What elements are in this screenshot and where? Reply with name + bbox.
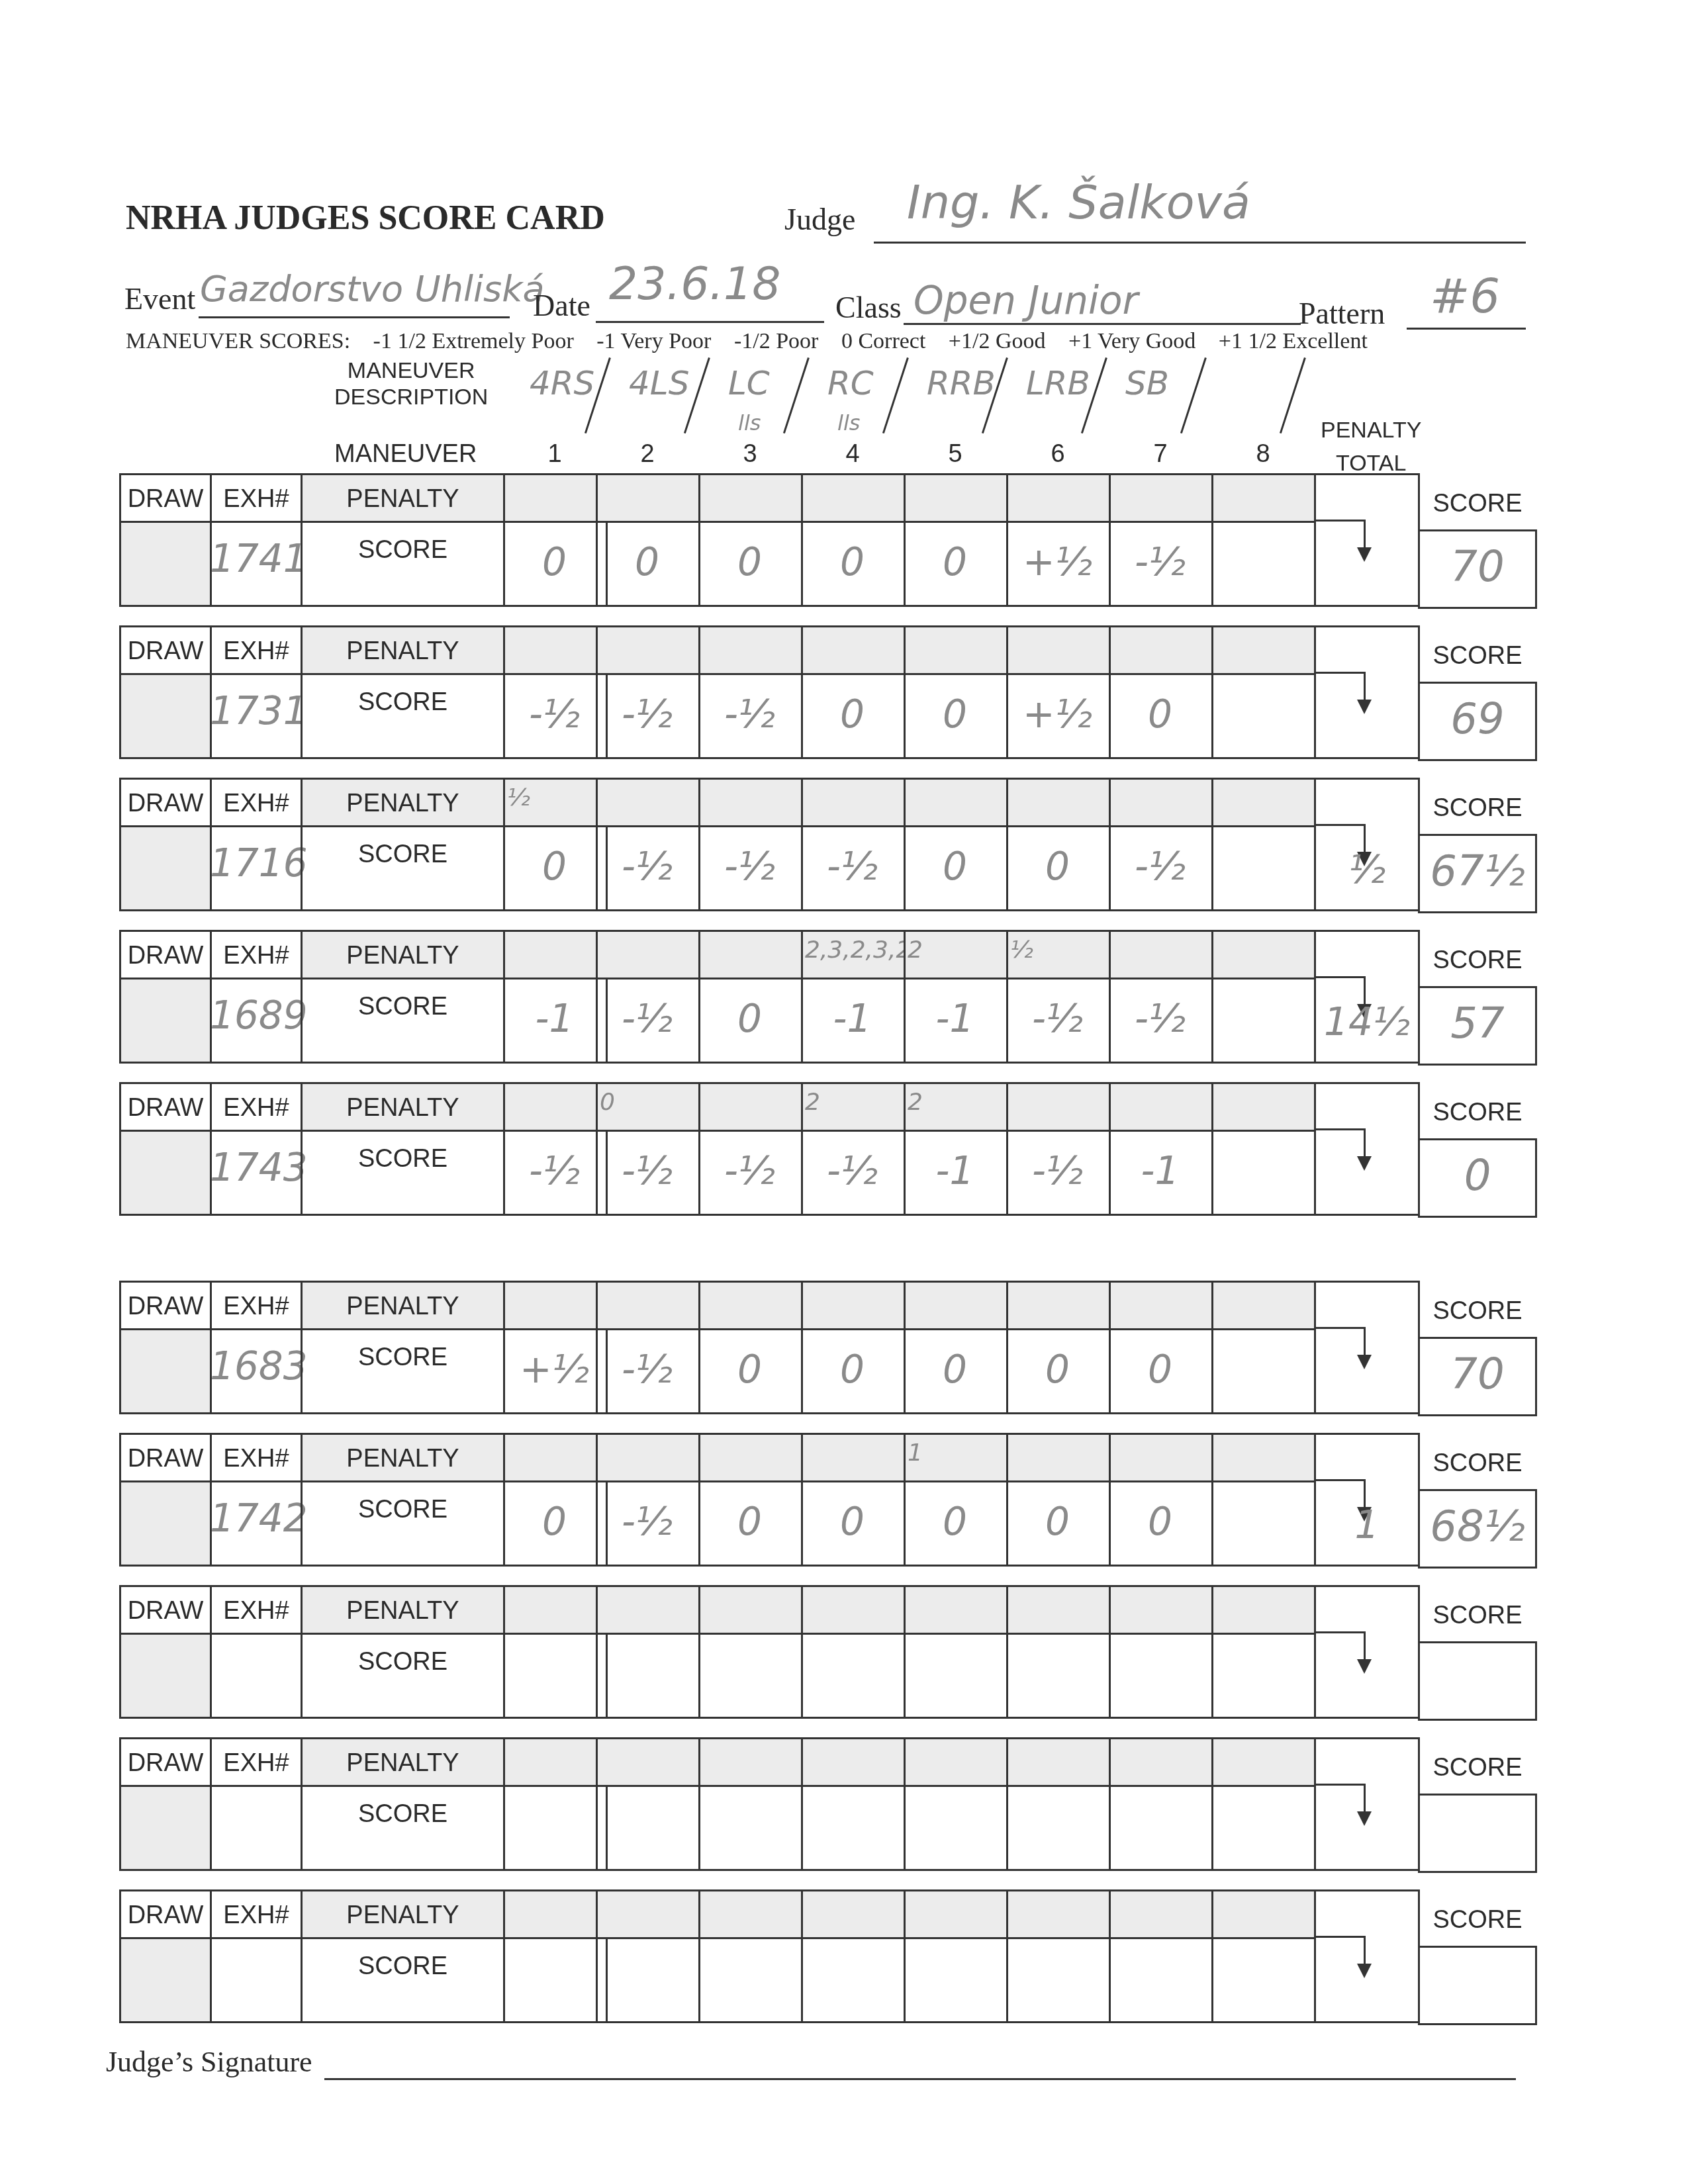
- maneuver-score-value: +½: [1006, 539, 1109, 584]
- penalty-cell-3[interactable]: [698, 1082, 803, 1132]
- legend-item: 0 Correct: [841, 329, 925, 353]
- penalty-cell-1[interactable]: [503, 473, 608, 523]
- legend-item: +1 Very Good: [1068, 329, 1196, 353]
- arrow-line: [1364, 1631, 1366, 1661]
- penalty-label: PENALTY: [301, 1293, 505, 1321]
- maneuver-score-value: -½: [801, 1148, 904, 1193]
- penalty-cell-6[interactable]: [1006, 1433, 1111, 1482]
- exh-number[interactable]: 1716: [210, 841, 303, 886]
- maneuver-score-value: 0: [904, 539, 1006, 584]
- penalty-cell-7[interactable]: [1109, 1585, 1213, 1635]
- final-score-label: SCORE: [1418, 794, 1537, 823]
- penalty-cell-6[interactable]: [1006, 625, 1111, 675]
- arrow-line: [1314, 824, 1364, 826]
- penalty-label: PENALTY: [301, 485, 505, 514]
- judge-signature-label: Judge’s Signature: [106, 2045, 312, 2079]
- penalty-total-value: ½: [1314, 847, 1420, 892]
- pattern-field[interactable]: #6: [1430, 268, 1500, 324]
- penalty-label: PENALTY: [301, 1901, 505, 1930]
- score-cell-6[interactable]: [1006, 1785, 1111, 1871]
- maneuver-number-6: 6: [1051, 440, 1065, 469]
- separator-slash: [783, 357, 810, 433]
- class-field[interactable]: Open Junior: [914, 278, 1138, 323]
- exh-label: EXH#: [210, 637, 303, 666]
- class-field-line: [904, 323, 1301, 325]
- penalty-cell-3[interactable]: [698, 1281, 803, 1330]
- exh-number[interactable]: 1743: [210, 1145, 303, 1190]
- penalty-cell-1[interactable]: [503, 1737, 608, 1787]
- score-label: SCORE: [301, 1145, 505, 1173]
- draw-field[interactable]: [119, 1633, 212, 1719]
- score-cell-2[interactable]: [596, 1785, 700, 1871]
- maneuver-score-value: -½: [596, 1499, 698, 1544]
- score-card-entry: DRAWEXH#1743PENALTYSCORE-½0-½-½2-½2-1-½-…: [119, 1082, 1516, 1221]
- maneuver-score-value: 0: [904, 844, 1006, 889]
- score-cell-8[interactable]: [1211, 825, 1316, 911]
- penalty-label: PENALTY: [301, 1749, 505, 1778]
- score-cell-3[interactable]: [698, 1785, 803, 1871]
- penalty-cell-6[interactable]: [1006, 1737, 1111, 1787]
- final-score-label: SCORE: [1418, 1099, 1537, 1127]
- score-label: SCORE: [301, 1496, 505, 1524]
- penalty-cell-4[interactable]: [801, 1281, 906, 1330]
- down-arrow-icon: [1357, 1659, 1372, 1674]
- penalty-cell-3[interactable]: [698, 625, 803, 675]
- label-line: MANEUVER: [334, 357, 488, 384]
- penalty-label: PENALTY: [301, 942, 505, 970]
- exh-label: EXH#: [210, 942, 303, 970]
- score-cell-7[interactable]: [1109, 1633, 1213, 1719]
- penalty-cell-5[interactable]: [904, 473, 1008, 523]
- score-label: SCORE: [301, 841, 505, 869]
- penalty-value: 2: [908, 936, 923, 964]
- maneuver-score-value: 0: [904, 1499, 1006, 1544]
- judge-signature-field[interactable]: [324, 2078, 1516, 2080]
- final-score-label: SCORE: [1418, 1449, 1537, 1478]
- judge-field-line: [874, 242, 1526, 244]
- maneuver-score-value: 0: [904, 692, 1006, 737]
- legend-item: -1 1/2 Extremely Poor: [373, 329, 574, 353]
- exh-number[interactable]: 1689: [210, 993, 303, 1038]
- maneuver-score-value: -½: [503, 1148, 606, 1193]
- maneuver-score-value: -1: [801, 996, 904, 1041]
- final-score-field[interactable]: [1418, 1641, 1537, 1721]
- penalty-cell-8[interactable]: [1211, 1585, 1316, 1635]
- maneuver-score-value: -½: [1109, 996, 1211, 1041]
- arrow-line: [1314, 1936, 1364, 1938]
- penalty-label: PENALTY: [301, 1094, 505, 1122]
- penalty-cell-7[interactable]: [1109, 625, 1213, 675]
- penalty-cell-1[interactable]: [503, 1585, 608, 1635]
- exh-number[interactable]: 1742: [210, 1496, 303, 1541]
- score-cell-1[interactable]: [503, 1937, 608, 2023]
- maneuver-score-value: -1: [904, 1148, 1006, 1193]
- penalty-total-field[interactable]: [1314, 1281, 1420, 1414]
- maneuver-score-value: -½: [1109, 844, 1211, 889]
- penalty-cell-5[interactable]: [904, 778, 1008, 827]
- penalty-value: 2: [805, 1089, 820, 1116]
- maneuver-description-item[interactable]: LRB: [1026, 364, 1090, 402]
- separator-slash: [1180, 357, 1207, 433]
- draw-field[interactable]: [119, 1130, 212, 1216]
- penalty-cell-5[interactable]: [904, 1585, 1008, 1635]
- penalty-label: PENALTY: [301, 1445, 505, 1473]
- penalty-value: ½: [1010, 936, 1033, 964]
- score-cell-1[interactable]: [503, 1633, 608, 1719]
- penalty-cell-8[interactable]: [1211, 930, 1316, 979]
- penalty-total-field[interactable]: [1314, 1737, 1420, 1871]
- penalty-cell-7[interactable]: [1109, 1737, 1213, 1787]
- final-score-label: SCORE: [1418, 1754, 1537, 1782]
- penalty-label: PENALTY: [301, 1597, 505, 1625]
- draw-field[interactable]: [119, 1480, 212, 1567]
- score-label: SCORE: [301, 536, 505, 565]
- maneuver-description-item[interactable]: RRB: [927, 364, 996, 402]
- penalty-cell-7[interactable]: [1109, 1281, 1213, 1330]
- penalty-total-field[interactable]: [1314, 625, 1420, 759]
- score-cell-4[interactable]: [801, 1633, 906, 1719]
- score-cell-4[interactable]: [801, 1785, 906, 1871]
- class-label: Class: [835, 290, 902, 325]
- maneuver-description-sub: lls: [837, 410, 860, 435]
- arrow-line: [1314, 1631, 1364, 1633]
- score-cell-5[interactable]: [904, 1633, 1008, 1719]
- penalty-cell-4[interactable]: [801, 778, 906, 827]
- maneuver-score-value: -½: [596, 996, 698, 1041]
- penalty-value: ½: [507, 784, 530, 811]
- penalty-cell-5[interactable]: [904, 1889, 1008, 1939]
- penalty-cell-6[interactable]: [1006, 1281, 1111, 1330]
- penalty-cell-3[interactable]: [698, 1433, 803, 1482]
- penalty-cell-7[interactable]: [1109, 778, 1213, 827]
- maneuver-score-value: 0: [596, 539, 698, 584]
- penalty-cell-7[interactable]: [1109, 1082, 1213, 1132]
- penalty-cell-8[interactable]: [1211, 1889, 1316, 1939]
- draw-field[interactable]: [119, 825, 212, 911]
- penalty-cell-4[interactable]: [801, 473, 906, 523]
- maneuver-number-3: 3: [743, 440, 757, 469]
- maneuver-number-8: 8: [1256, 440, 1270, 469]
- down-arrow-icon: [1357, 1355, 1372, 1369]
- label-line: DESCRIPTION: [334, 384, 488, 410]
- penalty-cell-8[interactable]: [1211, 1082, 1316, 1132]
- exh-label: EXH#: [210, 1749, 303, 1778]
- exh-label: EXH#: [210, 1597, 303, 1625]
- arrow-line: [1314, 1128, 1364, 1130]
- draw-field[interactable]: [119, 978, 212, 1064]
- maneuver-number-7: 7: [1154, 440, 1168, 469]
- score-label: SCORE: [301, 688, 505, 717]
- maneuver-description-item[interactable]: 4RS: [530, 364, 594, 402]
- score-cell-3[interactable]: [698, 1937, 803, 2023]
- score-cell-7[interactable]: [1109, 1785, 1213, 1871]
- maneuver-score-value: 0: [503, 844, 606, 889]
- final-score-value: 68½: [1418, 1502, 1537, 1551]
- score-label: SCORE: [301, 993, 505, 1021]
- draw-field[interactable]: [119, 1328, 212, 1414]
- exh-number[interactable]: 1731: [210, 688, 303, 733]
- maneuver-score-value: -½: [596, 844, 698, 889]
- draw-label: DRAW: [119, 1749, 212, 1778]
- score-label: SCORE: [301, 1343, 505, 1372]
- legend-item: +1/2 Good: [949, 329, 1046, 353]
- final-score-value: 57: [1418, 999, 1537, 1048]
- date-label: Date: [533, 288, 590, 323]
- arrow-line: [1314, 1784, 1364, 1786]
- arrow-line: [1364, 1784, 1366, 1813]
- draw-label: DRAW: [119, 1597, 212, 1625]
- penalty-cell-1[interactable]: [503, 1082, 608, 1132]
- maneuver-score-value: -1: [1109, 1148, 1211, 1193]
- penalty-cell-2[interactable]: [596, 473, 700, 523]
- pattern-label: Pattern: [1299, 296, 1385, 331]
- score-cell-8[interactable]: [1211, 978, 1316, 1064]
- maneuver-score-value: -½: [1006, 996, 1109, 1041]
- penalty-value: 0: [600, 1089, 615, 1116]
- penalty-cell-2[interactable]: [596, 625, 700, 675]
- exh-number[interactable]: 1741: [210, 536, 303, 581]
- maneuver-number-2: 2: [641, 440, 655, 469]
- maneuver-score-value: 0: [1109, 692, 1211, 737]
- final-score-label: SCORE: [1418, 1297, 1537, 1326]
- score-cell-2[interactable]: [596, 1633, 700, 1719]
- score-cell-2[interactable]: [596, 1937, 700, 2023]
- score-cell-5[interactable]: [904, 1937, 1008, 2023]
- maneuver-score-value: 0: [698, 1499, 801, 1544]
- penalty-cell-4[interactable]: [801, 1889, 906, 1939]
- penalty-cell-1[interactable]: [503, 1281, 608, 1330]
- penalty-cell-2[interactable]: [596, 1585, 700, 1635]
- penalty-cell-1[interactable]: [503, 930, 608, 979]
- score-cell-8[interactable]: [1211, 1785, 1316, 1871]
- exh-label: EXH#: [210, 1094, 303, 1122]
- penalty-cell-2[interactable]: [596, 778, 700, 827]
- maneuver-number-5: 5: [949, 440, 962, 469]
- penalty-cell-3[interactable]: [698, 1889, 803, 1939]
- exh-label: EXH#: [210, 1445, 303, 1473]
- maneuver-description-row: 4RS4LSLCllsRCllsRRBLRBSB: [523, 364, 1417, 437]
- down-arrow-icon: [1357, 1156, 1372, 1171]
- score-cell-4[interactable]: [801, 1937, 906, 2023]
- maneuver-description-item[interactable]: 4LS: [629, 364, 689, 402]
- penalty-total-header: PENALTY TOTAL: [1321, 414, 1421, 480]
- date-field-line: [596, 321, 824, 323]
- judge-field[interactable]: Ing. K. Šalková: [907, 175, 1250, 230]
- score-card-entry: DRAWEXH#PENALTYSCORESCORE: [119, 1889, 1516, 2028]
- event-field[interactable]: Gazdorstvo Uhliská: [200, 268, 545, 310]
- draw-label: DRAW: [119, 485, 212, 514]
- exh-label: EXH#: [210, 790, 303, 818]
- arrow-line: [1364, 1128, 1366, 1158]
- maneuver-description-item[interactable]: RC: [827, 364, 874, 402]
- score-cell-7[interactable]: [1109, 1937, 1213, 2023]
- arrow-line: [1314, 520, 1364, 522]
- draw-label: DRAW: [119, 637, 212, 666]
- maneuver-description-item[interactable]: SB: [1125, 364, 1169, 402]
- score-card-entry: DRAWEXH#1742PENALTYSCORE0-½0010001SCORE6…: [119, 1433, 1516, 1572]
- penalty-cell-8[interactable]: [1211, 1281, 1316, 1330]
- score-cell-6[interactable]: [1006, 1937, 1111, 2023]
- penalty-cell-4[interactable]: [801, 1433, 906, 1482]
- final-score-label: SCORE: [1418, 946, 1537, 975]
- maneuver-score-value: -½: [503, 692, 606, 737]
- penalty-cell-3[interactable]: [698, 473, 803, 523]
- final-score-field[interactable]: [1418, 1946, 1537, 2025]
- penalty-cell-7[interactable]: [1109, 1889, 1213, 1939]
- penalty-cell-1[interactable]: [503, 1433, 608, 1482]
- final-score-label: SCORE: [1418, 1906, 1537, 1934]
- maneuver-score-value: 0: [801, 1347, 904, 1392]
- penalty-cell-3[interactable]: [698, 778, 803, 827]
- arrow-line: [1314, 672, 1364, 674]
- pattern-field-line: [1407, 328, 1526, 330]
- score-cell-8[interactable]: [1211, 1328, 1316, 1414]
- penalty-cell-8[interactable]: [1211, 778, 1316, 827]
- penalty-total-field[interactable]: [1314, 1082, 1420, 1216]
- penalty-cell-8[interactable]: [1211, 1433, 1316, 1482]
- penalty-total-field[interactable]: [1314, 1889, 1420, 2023]
- score-cell-5[interactable]: [904, 1785, 1008, 1871]
- score-card-entry: DRAWEXH#PENALTYSCORESCORE: [119, 1585, 1516, 1724]
- maneuver-score-value: -½: [596, 1347, 698, 1392]
- score-card-entry: DRAWEXH#1741PENALTYSCORE00000+½-½SCORE70: [119, 473, 1516, 612]
- penalty-total-field[interactable]: [1314, 1585, 1420, 1719]
- final-score-label: SCORE: [1418, 490, 1537, 518]
- penalty-cell-8[interactable]: [1211, 1737, 1316, 1787]
- draw-label: DRAW: [119, 1901, 212, 1930]
- score-cell-8[interactable]: [1211, 1480, 1316, 1567]
- penalty-cell-2[interactable]: [596, 1737, 700, 1787]
- penalty-cell-8[interactable]: [1211, 625, 1316, 675]
- maneuver-number-1: 1: [548, 440, 562, 469]
- date-field[interactable]: 23.6.18: [609, 258, 781, 310]
- draw-field[interactable]: [119, 1937, 212, 2023]
- draw-field[interactable]: [119, 521, 212, 607]
- penalty-label: PENALTY: [301, 790, 505, 818]
- maneuver-score-value: 0: [503, 1499, 606, 1544]
- penalty-total-field[interactable]: [1314, 473, 1420, 607]
- score-cell-8[interactable]: [1211, 521, 1316, 607]
- maneuver-score-value: 0: [801, 539, 904, 584]
- maneuver-score-value: -1: [503, 996, 606, 1041]
- penalty-cell-7[interactable]: [1109, 473, 1213, 523]
- maneuver-column-label: MANEUVER: [334, 440, 477, 469]
- penalty-cell-6[interactable]: [1006, 473, 1111, 523]
- separator-slash: [882, 357, 909, 433]
- event-label: Event: [124, 281, 195, 316]
- legend-label: MANEUVER SCORES:: [126, 329, 350, 353]
- maneuver-description-sub: lls: [738, 410, 761, 435]
- draw-label: DRAW: [119, 1445, 212, 1473]
- final-score-value: 0: [1418, 1152, 1537, 1201]
- penalty-cell-6[interactable]: [1006, 1082, 1111, 1132]
- penalty-cell-5[interactable]: [904, 1281, 1008, 1330]
- penalty-total-value: 1: [1314, 1502, 1420, 1547]
- penalty-cell-1[interactable]: [503, 625, 608, 675]
- penalty-cell-6[interactable]: [1006, 778, 1111, 827]
- maneuver-description-item[interactable]: LC: [728, 364, 770, 402]
- maneuver-score-value: -½: [801, 844, 904, 889]
- penalty-cell-4[interactable]: [801, 1737, 906, 1787]
- arrow-line: [1364, 520, 1366, 549]
- exh-label: EXH#: [210, 1293, 303, 1321]
- penalty-cell-6[interactable]: [1006, 1889, 1111, 1939]
- penalty-cell-7[interactable]: [1109, 930, 1213, 979]
- score-cell-8[interactable]: [1211, 1130, 1316, 1216]
- exh-field-cell: [210, 1785, 303, 1871]
- score-cell-8[interactable]: [1211, 673, 1316, 759]
- score-card-entry: DRAWEXH#1731PENALTYSCORE-½-½-½00+½0SCORE…: [119, 625, 1516, 764]
- maneuver-score-value: -½: [698, 844, 801, 889]
- maneuver-score-value: -½: [596, 692, 698, 737]
- penalty-label: PENALTY: [301, 637, 505, 666]
- down-arrow-icon: [1357, 700, 1372, 714]
- arrow-line: [1364, 672, 1366, 702]
- exh-number[interactable]: 1683: [210, 1343, 303, 1388]
- penalty-cell-2[interactable]: [596, 1433, 700, 1482]
- final-score-label: SCORE: [1418, 642, 1537, 670]
- final-score-value: 67½: [1418, 847, 1537, 896]
- exh-label: EXH#: [210, 1901, 303, 1930]
- penalty-cell-7[interactable]: [1109, 1433, 1213, 1482]
- penalty-cell-2[interactable]: [596, 1281, 700, 1330]
- score-label: SCORE: [301, 1952, 505, 1981]
- maneuver-score-value: -½: [698, 1148, 801, 1193]
- maneuver-score-value: -½: [1006, 1148, 1109, 1193]
- score-cell-6[interactable]: [1006, 1633, 1111, 1719]
- maneuver-number-4: 4: [846, 440, 860, 469]
- penalty-cell-1[interactable]: [503, 1889, 608, 1939]
- maneuver-score-value: 0: [904, 1347, 1006, 1392]
- penalty-cell-2[interactable]: [596, 1889, 700, 1939]
- penalty-cell-4[interactable]: [801, 1585, 906, 1635]
- draw-label: DRAW: [119, 1094, 212, 1122]
- score-card-entry: DRAWEXH#1716PENALTYSCORE½0-½-½-½00-½½SCO…: [119, 778, 1516, 917]
- maneuver-score-value: 0: [1109, 1499, 1211, 1544]
- penalty-value: 2: [908, 1089, 923, 1116]
- draw-field[interactable]: [119, 673, 212, 759]
- score-cell-1[interactable]: [503, 1785, 608, 1871]
- final-score-field[interactable]: [1418, 1794, 1537, 1873]
- penalty-cell-3[interactable]: [698, 930, 803, 979]
- maneuver-score-value: 0: [698, 1347, 801, 1392]
- maneuver-score-value: 0: [1006, 1499, 1109, 1544]
- label-line: PENALTY: [1321, 414, 1421, 447]
- score-cell-3[interactable]: [698, 1633, 803, 1719]
- score-card-entry: DRAWEXH#1683PENALTYSCORE+½-½00000SCORE70: [119, 1281, 1516, 1420]
- penalty-cell-8[interactable]: [1211, 473, 1316, 523]
- legend-item: -1/2 Poor: [734, 329, 819, 353]
- draw-field[interactable]: [119, 1785, 212, 1871]
- penalty-cell-6[interactable]: [1006, 1585, 1111, 1635]
- penalty-cell-4[interactable]: [801, 625, 906, 675]
- exh-field-cell: [210, 1937, 303, 2023]
- form-title: NRHA JUDGES SCORE CARD: [126, 199, 605, 238]
- maneuver-score-value: +½: [503, 1347, 606, 1392]
- maneuver-score-value: +½: [1006, 692, 1109, 737]
- penalty-cell-2[interactable]: [596, 930, 700, 979]
- score-cell-8[interactable]: [1211, 1633, 1316, 1719]
- score-cell-8[interactable]: [1211, 1937, 1316, 2023]
- penalty-cell-3[interactable]: [698, 1585, 803, 1635]
- penalty-cell-3[interactable]: [698, 1737, 803, 1787]
- penalty-cell-5[interactable]: [904, 625, 1008, 675]
- penalty-cell-5[interactable]: [904, 1737, 1008, 1787]
- final-score-value: 69: [1418, 695, 1537, 744]
- event-field-line: [199, 316, 510, 318]
- score-card-entry: DRAWEXH#PENALTYSCORESCORE: [119, 1737, 1516, 1876]
- final-score-value: 70: [1418, 543, 1537, 592]
